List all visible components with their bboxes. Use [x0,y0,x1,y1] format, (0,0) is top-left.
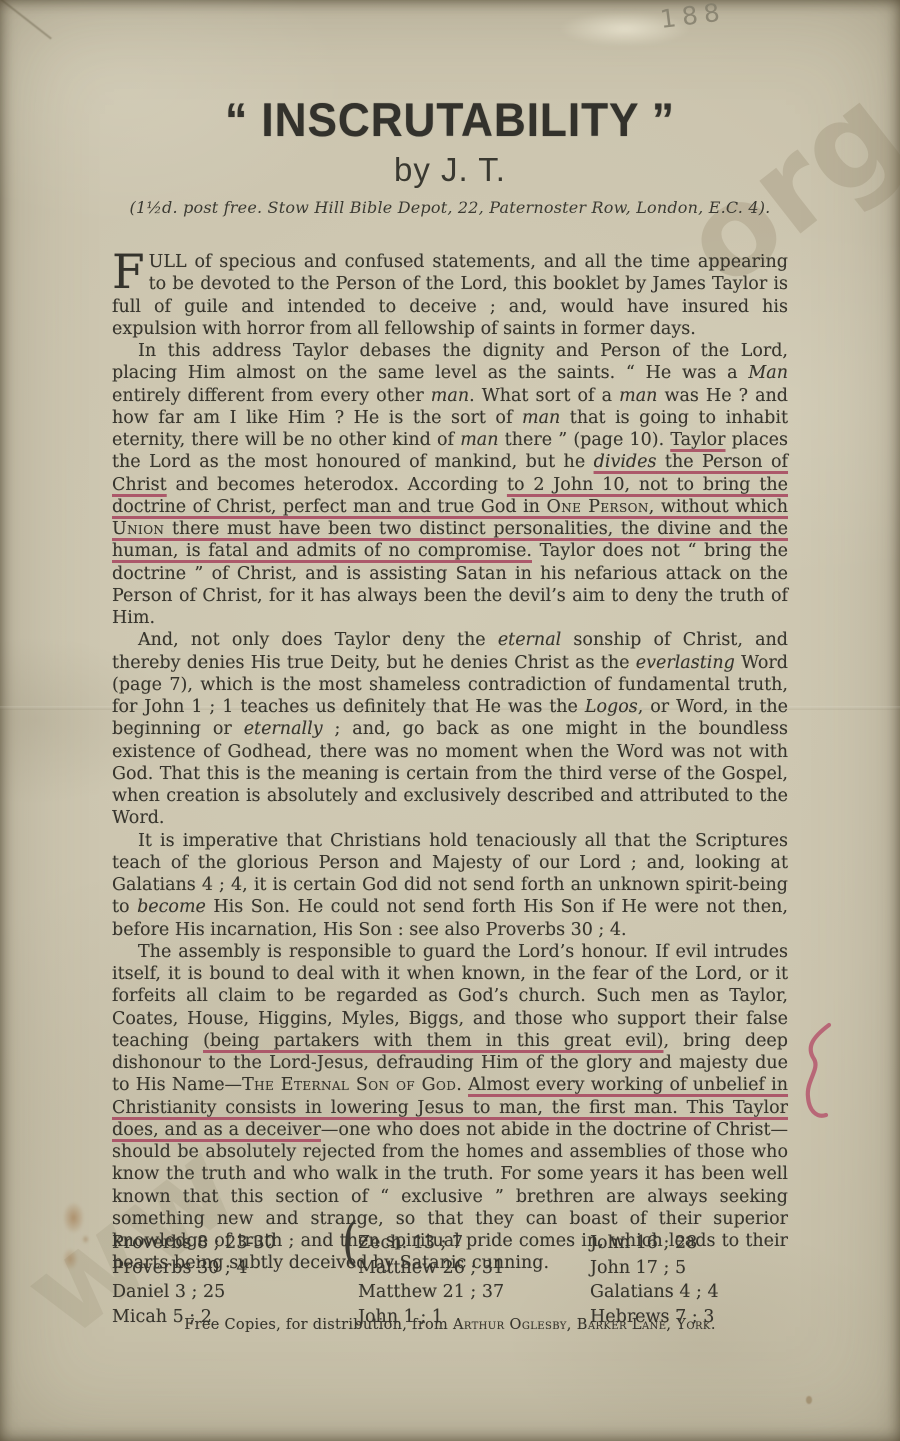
reference-column-3: John 16 ; 28John 17 ; 5Galatians 4 ; 4He… [590,1231,719,1329]
page-title: “ INSCRUTABILITY ” [27,92,873,147]
text-run: and becomes heterodox. According [167,475,507,495]
text-run: In this address Taylor debases the digni… [112,341,788,383]
footer-distribution-line: Free Copies, for distribution, from Arth… [112,1317,788,1333]
stain-mark [52,1192,100,1278]
text-run: His Son. He could not send forth His Son… [112,897,788,939]
text-run: eternally [244,719,323,739]
byline: by J. T. [0,151,900,189]
text-run: The Eternal Son of God [242,1075,456,1095]
body-paragraph-1: FULL of specious and confused statements… [112,251,788,340]
text-run: there ” (page 10). [499,430,671,450]
text-run: become [137,897,206,917]
scanned-pamphlet-page: org ww 188 “ INSCRUTABILITY ” by J. T. (… [0,0,900,1441]
reference-item: Proverbs 8 ; 23-30 [112,1231,276,1256]
body-text: FULL of specious and confused statements… [112,251,788,1275]
text-run: . What sort of a [469,386,619,406]
reference-item: Galatians 4 ; 4 [590,1280,719,1305]
red-underlined-text: , without which [649,497,788,517]
text-run: eternal [498,630,561,650]
reference-item: Matthew 21 ; 37 [358,1280,504,1305]
stain-speck [806,1396,812,1404]
body-paragraph-3: And, not only does Taylor deny the etern… [112,629,788,829]
handwritten-page-number: 188 [658,0,727,34]
text-run: Arthur Oglesby, Barker Lane, York [453,1317,711,1333]
text-run: Man [748,363,788,383]
body-paragraph-4: It is imperative that Christians hold te… [112,830,788,941]
text-run: Free Copies, for distribution, from [184,1317,453,1333]
reference-brace: ( [342,1227,358,1258]
text-run: everlasting [636,653,735,673]
imprint-line: (1½d. post free. Stow Hill Bible Depot, … [0,198,900,217]
reference-item: Matthew 26 ; 31 [358,1256,504,1281]
reference-item: Daniel 3 ; 25 [112,1280,276,1305]
margin-annotation-squiggle [796,1020,840,1124]
red-underlined-text: (being partakers with them in this great… [203,1031,663,1051]
text-run: man [460,430,498,450]
corner-crease [0,0,52,39]
text-run: Logos [585,697,638,717]
red-underlined-text: divides [594,452,657,472]
text-run: entirely different from every other [112,386,431,406]
text-run: man [522,408,560,428]
body-paragraph-2: In this address Taylor debases the digni… [112,340,788,629]
text-run: . [711,1317,716,1333]
reference-column-1: Proverbs 8 ; 23-30Proverbs 30 ; 4Daniel … [112,1231,276,1329]
reference-item: Proverbs 30 ; 4 [112,1256,276,1281]
red-underlined-text: Taylor [670,430,725,450]
text-run: ULL of specious and confused statements,… [112,252,788,339]
scripture-reference-list: ( Proverbs 8 ; 23-30Proverbs 30 ; 4Danie… [112,1231,812,1331]
reference-item: Zech. 13 ; 7 [358,1231,504,1256]
body-paragraph-5: The assembly is responsible to guard the… [112,941,788,1275]
drop-cap: F [112,251,149,291]
red-underlined-text: One Person [546,497,648,517]
text-run: . [456,1075,468,1095]
red-underlined-text: Union [112,519,164,539]
reference-item: John 16 ; 28 [590,1231,719,1256]
text-run: man [619,386,657,406]
reference-item: John 17 ; 5 [590,1256,719,1281]
reference-column-2: Zech. 13 ; 7Matthew 26 ; 31Matthew 21 ; … [358,1231,504,1329]
text-run: And, not only does Taylor deny the [138,630,498,650]
text-run: man [431,386,469,406]
